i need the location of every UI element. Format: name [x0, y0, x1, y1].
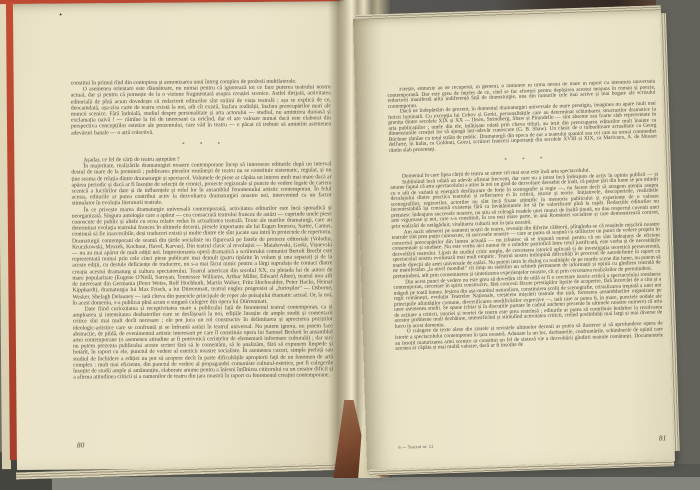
right-page-footer: 6 — Teatrul nr. 12 81	[398, 433, 666, 450]
left-page-paper: ▴ constitui în primul rînd din contopire…	[13, 1, 358, 470]
left-page-text: constitui în primul rînd din contopirea …	[71, 78, 334, 436]
paragraph: Dacă ne îndepărtăm de prezent, în domeni…	[388, 102, 657, 155]
section-separator: * * *	[78, 141, 331, 149]
left-page: ▴ constitui în primul rînd din contopire…	[0, 0, 360, 482]
paragraph: O asemenea orientare este dăunătoare, nu…	[71, 84, 331, 136]
right-page: Firește, editurile au de recuperat, în g…	[353, 9, 675, 470]
page-number-right: 81	[659, 433, 667, 442]
section-separator: * * *	[396, 153, 657, 167]
right-page-paper: Firește, editurile au de recuperat, în g…	[353, 9, 675, 470]
ink-mark: ▴	[59, 12, 62, 17]
page-number-left: 80	[77, 440, 85, 449]
paragraph: În majoritate, realizările dramaturgiei …	[71, 162, 331, 208]
paragraph: Am auzit adeseori pe oamenii noștri de t…	[392, 222, 661, 280]
right-page-text: Firește, editurile au de recuperat, în g…	[387, 79, 666, 435]
paragraph: În ce privește marea dramaturgie univers…	[72, 205, 333, 307]
paragraph: Subliniind încă odată un adevăr afirmat …	[390, 172, 659, 230]
book-photo: ▴ constitui în primul rînd din contopire…	[0, 0, 700, 490]
footer-signature: 6 — Teatrul nr. 12	[398, 444, 433, 450]
paragraph: Date fiind curiozitatea și receptivitate…	[73, 304, 334, 381]
